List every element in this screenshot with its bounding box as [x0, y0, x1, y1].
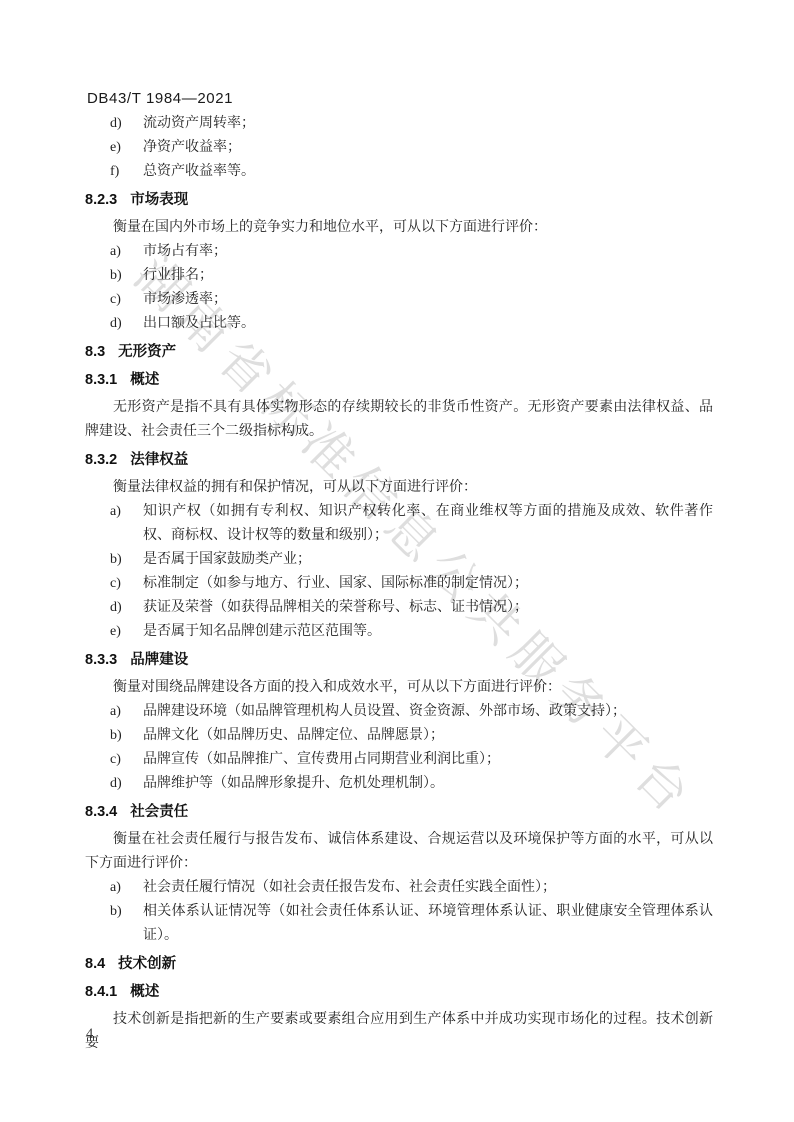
paragraph: 衡量在社会责任履行与报告发布、诚信体系建设、合规运营以及环境保护等方面的水平，可… — [85, 828, 713, 876]
clause-item: d)流动资产周转率； — [85, 112, 713, 136]
clause-text: 出口额及占比等。 — [143, 312, 713, 336]
clause-text: 品牌建设环境（如品牌管理机构人员设置、资金资源、外部市场、政策支持）； — [143, 700, 713, 724]
clause-item: e)净资产收益率； — [85, 136, 713, 160]
section-number: 8.4 — [85, 956, 105, 972]
section-number: 8.2.3 — [85, 192, 117, 208]
section-number: 8.4.1 — [85, 984, 117, 1000]
paragraph: 衡量法律权益的拥有和保护情况，可从以下方面进行评价： — [85, 476, 713, 500]
clause-item: a)品牌建设环境（如品牌管理机构人员设置、资金资源、外部市场、政策支持）； — [85, 700, 713, 724]
clause-marker: c) — [110, 288, 143, 312]
clause-marker: b) — [110, 548, 143, 572]
clause-item: d)品牌维护等（如品牌形象提升、危机处理机制）。 — [85, 772, 713, 796]
section-title: 概述 — [130, 984, 159, 1000]
section-heading: 8.3无形资产 — [85, 340, 713, 364]
clause-text: 品牌宣传（如品牌推广、宣传费用占同期营业利润比重）； — [143, 748, 713, 772]
clause-item: a)知识产权（如拥有专利权、知识产权转化率、在商业维权等方面的措施及成效、软件著… — [85, 500, 713, 548]
section-title: 市场表现 — [130, 192, 188, 208]
paragraph: 衡量对围绕品牌建设各方面的投入和成效水平，可从以下方面进行评价： — [85, 676, 713, 700]
clause-item: b)行业排名； — [85, 264, 713, 288]
clause-text: 市场占有率； — [143, 240, 713, 264]
clause-text: 品牌文化（如品牌历史、品牌定位、品牌愿景）； — [143, 724, 713, 748]
clause-item: b)相关体系认证情况等（如社会责任体系认证、环境管理体系认证、职业健康安全管理体… — [85, 900, 713, 948]
section-title: 品牌建设 — [130, 652, 188, 668]
document-code: DB43/T 1984—2021 — [87, 90, 233, 107]
clause-marker: f) — [110, 160, 143, 184]
section-title: 社会责任 — [130, 804, 188, 820]
section-number: 8.3.1 — [85, 372, 117, 388]
clause-marker: b) — [110, 264, 143, 288]
clause-item: e)是否属于知名品牌创建示范区范围等。 — [85, 620, 713, 644]
clause-item: c)标准制定（如参与地方、行业、国家、国际标准的制定情况）； — [85, 572, 713, 596]
clause-marker: e) — [110, 136, 143, 160]
clause-text: 知识产权（如拥有专利权、知识产权转化率、在商业维权等方面的措施及成效、软件著作权… — [143, 500, 713, 548]
clause-text: 是否属于国家鼓励类产业； — [143, 548, 713, 572]
clause-marker: b) — [110, 724, 143, 748]
paragraph: 无形资产是指不具有具体实物形态的存续期较长的非货币性资产。无形资产要素由法律权益… — [85, 396, 713, 444]
section-number: 8.3 — [85, 344, 105, 360]
document-page: DB43/T 1984—2021 湖南省标准信息公共服务平台 d)流动资产周转率… — [0, 0, 794, 1122]
clause-text: 市场渗透率； — [143, 288, 713, 312]
clause-marker: d) — [110, 596, 143, 620]
page-number: 4 — [86, 1026, 93, 1043]
section-title: 无形资产 — [118, 344, 176, 360]
section-number: 8.3.2 — [85, 452, 117, 468]
clause-text: 品牌维护等（如品牌形象提升、危机处理机制）。 — [143, 772, 713, 796]
section-title: 技术创新 — [118, 956, 176, 972]
section-heading: 8.2.3市场表现 — [85, 188, 713, 212]
clause-text: 总资产收益率等。 — [143, 160, 713, 184]
clause-text: 标准制定（如参与地方、行业、国家、国际标准的制定情况）； — [143, 572, 713, 596]
paragraph: 技术创新是指把新的生产要素或要素组合应用到生产体系中并成功实现市场化的过程。技术… — [85, 1008, 713, 1056]
clause-item: d)获证及荣誉（如获得品牌相关的荣誉称号、标志、证书情况）； — [85, 596, 713, 620]
section-heading: 8.4技术创新 — [85, 952, 713, 976]
clause-marker: a) — [110, 876, 143, 900]
clause-item: c)市场渗透率； — [85, 288, 713, 312]
paragraph: 衡量在国内外市场上的竞争实力和地位水平，可从以下方面进行评价： — [85, 216, 713, 240]
clause-text: 流动资产周转率； — [143, 112, 713, 136]
clause-marker: d) — [110, 112, 143, 136]
clause-item: b)是否属于国家鼓励类产业； — [85, 548, 713, 572]
clause-marker: c) — [110, 572, 143, 596]
clause-marker: b) — [110, 900, 143, 948]
clause-text: 获证及荣誉（如获得品牌相关的荣誉称号、标志、证书情况）； — [143, 596, 713, 620]
clause-marker: e) — [110, 620, 143, 644]
clause-text: 是否属于知名品牌创建示范区范围等。 — [143, 620, 713, 644]
section-title: 法律权益 — [130, 452, 188, 468]
clause-item: b)品牌文化（如品牌历史、品牌定位、品牌愿景）； — [85, 724, 713, 748]
clause-marker: a) — [110, 500, 143, 548]
clause-item: a)社会责任履行情况（如社会责任报告发布、社会责任实践全面性）； — [85, 876, 713, 900]
clause-text: 相关体系认证情况等（如社会责任体系认证、环境管理体系认证、职业健康安全管理体系认… — [143, 900, 713, 948]
section-heading: 8.3.2法律权益 — [85, 448, 713, 472]
section-number: 8.3.3 — [85, 652, 117, 668]
clause-item: a)市场占有率； — [85, 240, 713, 264]
clause-marker: d) — [110, 312, 143, 336]
document-content: d)流动资产周转率；e)净资产收益率；f)总资产收益率等。8.2.3市场表现衡量… — [85, 112, 713, 1056]
clause-item: c)品牌宣传（如品牌推广、宣传费用占同期营业利润比重）； — [85, 748, 713, 772]
clause-marker: c) — [110, 748, 143, 772]
clause-marker: a) — [110, 240, 143, 264]
clause-marker: a) — [110, 700, 143, 724]
section-heading: 8.3.4社会责任 — [85, 800, 713, 824]
clause-text: 社会责任履行情况（如社会责任报告发布、社会责任实践全面性）； — [143, 876, 713, 900]
clause-text: 净资产收益率； — [143, 136, 713, 160]
clause-text: 行业排名； — [143, 264, 713, 288]
section-heading: 8.3.3品牌建设 — [85, 648, 713, 672]
section-title: 概述 — [130, 372, 159, 388]
section-heading: 8.4.1概述 — [85, 980, 713, 1004]
section-heading: 8.3.1概述 — [85, 368, 713, 392]
clause-item: f)总资产收益率等。 — [85, 160, 713, 184]
clause-marker: d) — [110, 772, 143, 796]
clause-item: d)出口额及占比等。 — [85, 312, 713, 336]
section-number: 8.3.4 — [85, 804, 117, 820]
